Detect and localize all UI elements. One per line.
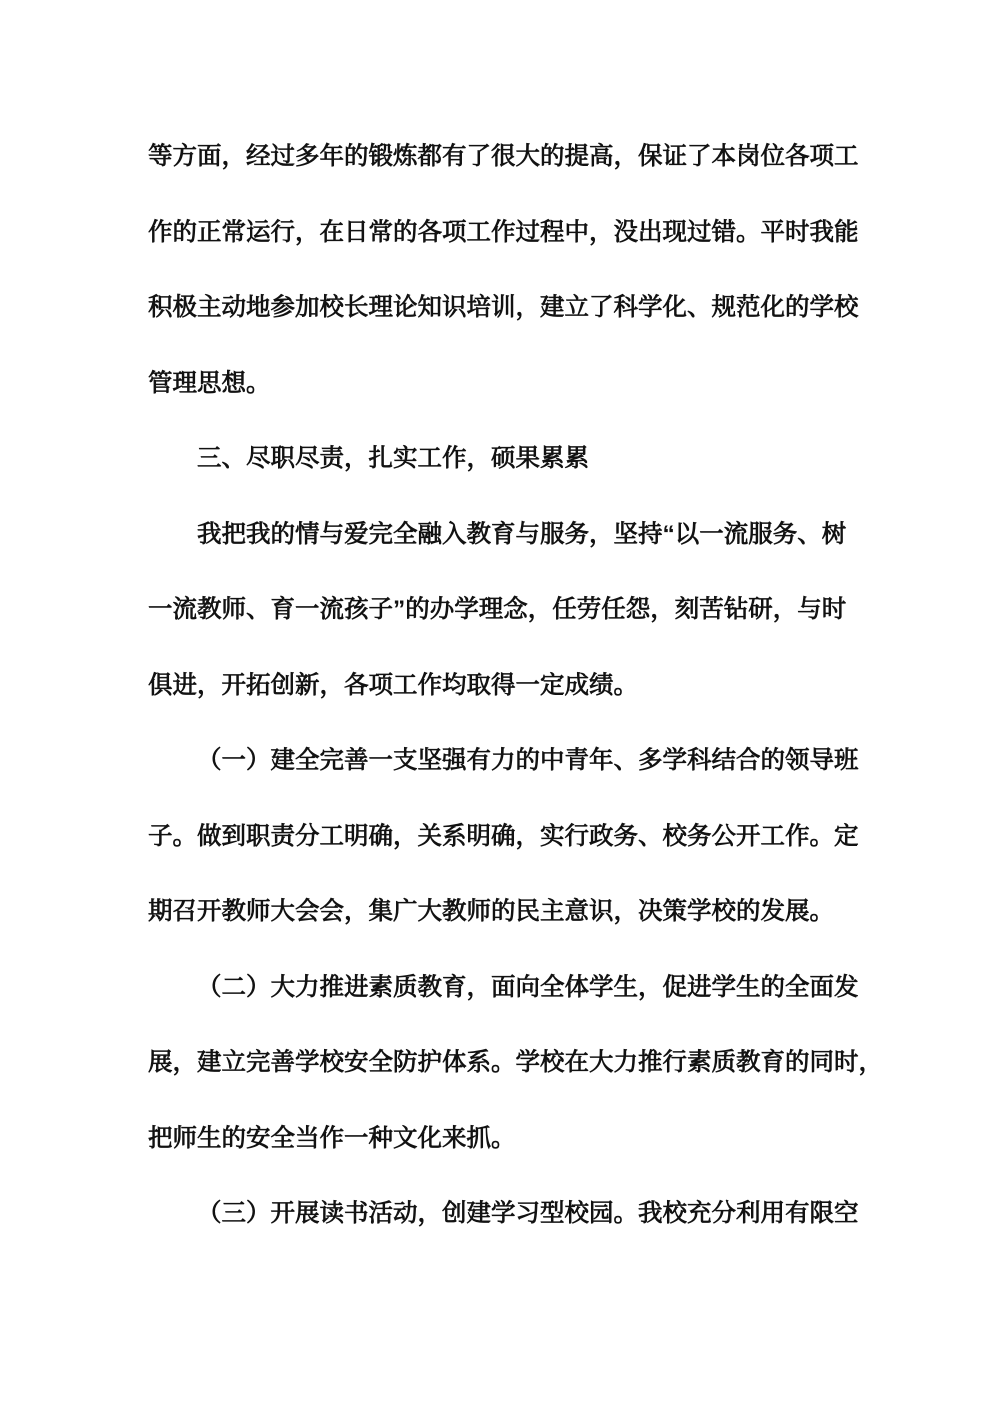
text-line: 积极主动地参加校长理论知识培训，建立了科学化、规范化的学校 [148,270,860,346]
text-line: （一）建全完善一支坚强有力的中青年、多学科结合的领导班 [148,723,860,799]
document-content: 等方面，经过多年的锻炼都有了很大的提高，保证了本岗位各项工 作的正常运行，在日常… [148,119,860,1252]
section-heading: 三、尽职尽责，扎实工作，硕果累累 [148,421,860,497]
text-line: （二）大力推进素质教育，面向全体学生，促进学生的全面发 [148,950,860,1026]
text-line: 作的正常运行，在日常的各项工作过程中，没出现过错。平时我能 [148,195,860,271]
paragraph-continuation: 等方面，经过多年的锻炼都有了很大的提高，保证了本岗位各项工 作的正常运行，在日常… [148,119,860,421]
text-line: 期召开教师大会会，集广大教师的民主意识，决策学校的发展。 [148,874,860,950]
text-line: 俱进，开拓创新，各项工作均取得一定成绩。 [148,648,860,724]
text-line: 子。做到职责分工明确，关系明确，实行政务、校务公开工作。定 [148,799,860,875]
paragraph-item-2: （二）大力推进素质教育，面向全体学生，促进学生的全面发 展，建立完善学校安全防护… [148,950,860,1177]
section-heading-line: 三、尽职尽责，扎实工作，硕果累累 [148,421,860,497]
text-line: 一流教师、育一流孩子”的办学理念，任劳任怨，刻苦钻研，与时 [148,572,860,648]
paragraph-intro: 我把我的情与爱完全融入教育与服务，坚持“以一流服务、树 一流教师、育一流孩子”的… [148,497,860,724]
document-page: 等方面，经过多年的锻炼都有了很大的提高，保证了本岗位各项工 作的正常运行，在日常… [0,0,1000,1415]
text-line: 等方面，经过多年的锻炼都有了很大的提高，保证了本岗位各项工 [148,119,860,195]
text-line: 把师生的安全当作一种文化来抓。 [148,1101,860,1177]
text-line: （三）开展读书活动，创建学习型校园。我校充分利用有限空 [148,1176,860,1252]
text-line: 管理思想。 [148,346,860,422]
text-line: 展，建立完善学校安全防护体系。学校在大力推行素质教育的同时， [148,1025,860,1101]
paragraph-item-1: （一）建全完善一支坚强有力的中青年、多学科结合的领导班 子。做到职责分工明确，关… [148,723,860,950]
text-line: 我把我的情与爱完全融入教育与服务，坚持“以一流服务、树 [148,497,860,573]
paragraph-item-3: （三）开展读书活动，创建学习型校园。我校充分利用有限空 [148,1176,860,1252]
